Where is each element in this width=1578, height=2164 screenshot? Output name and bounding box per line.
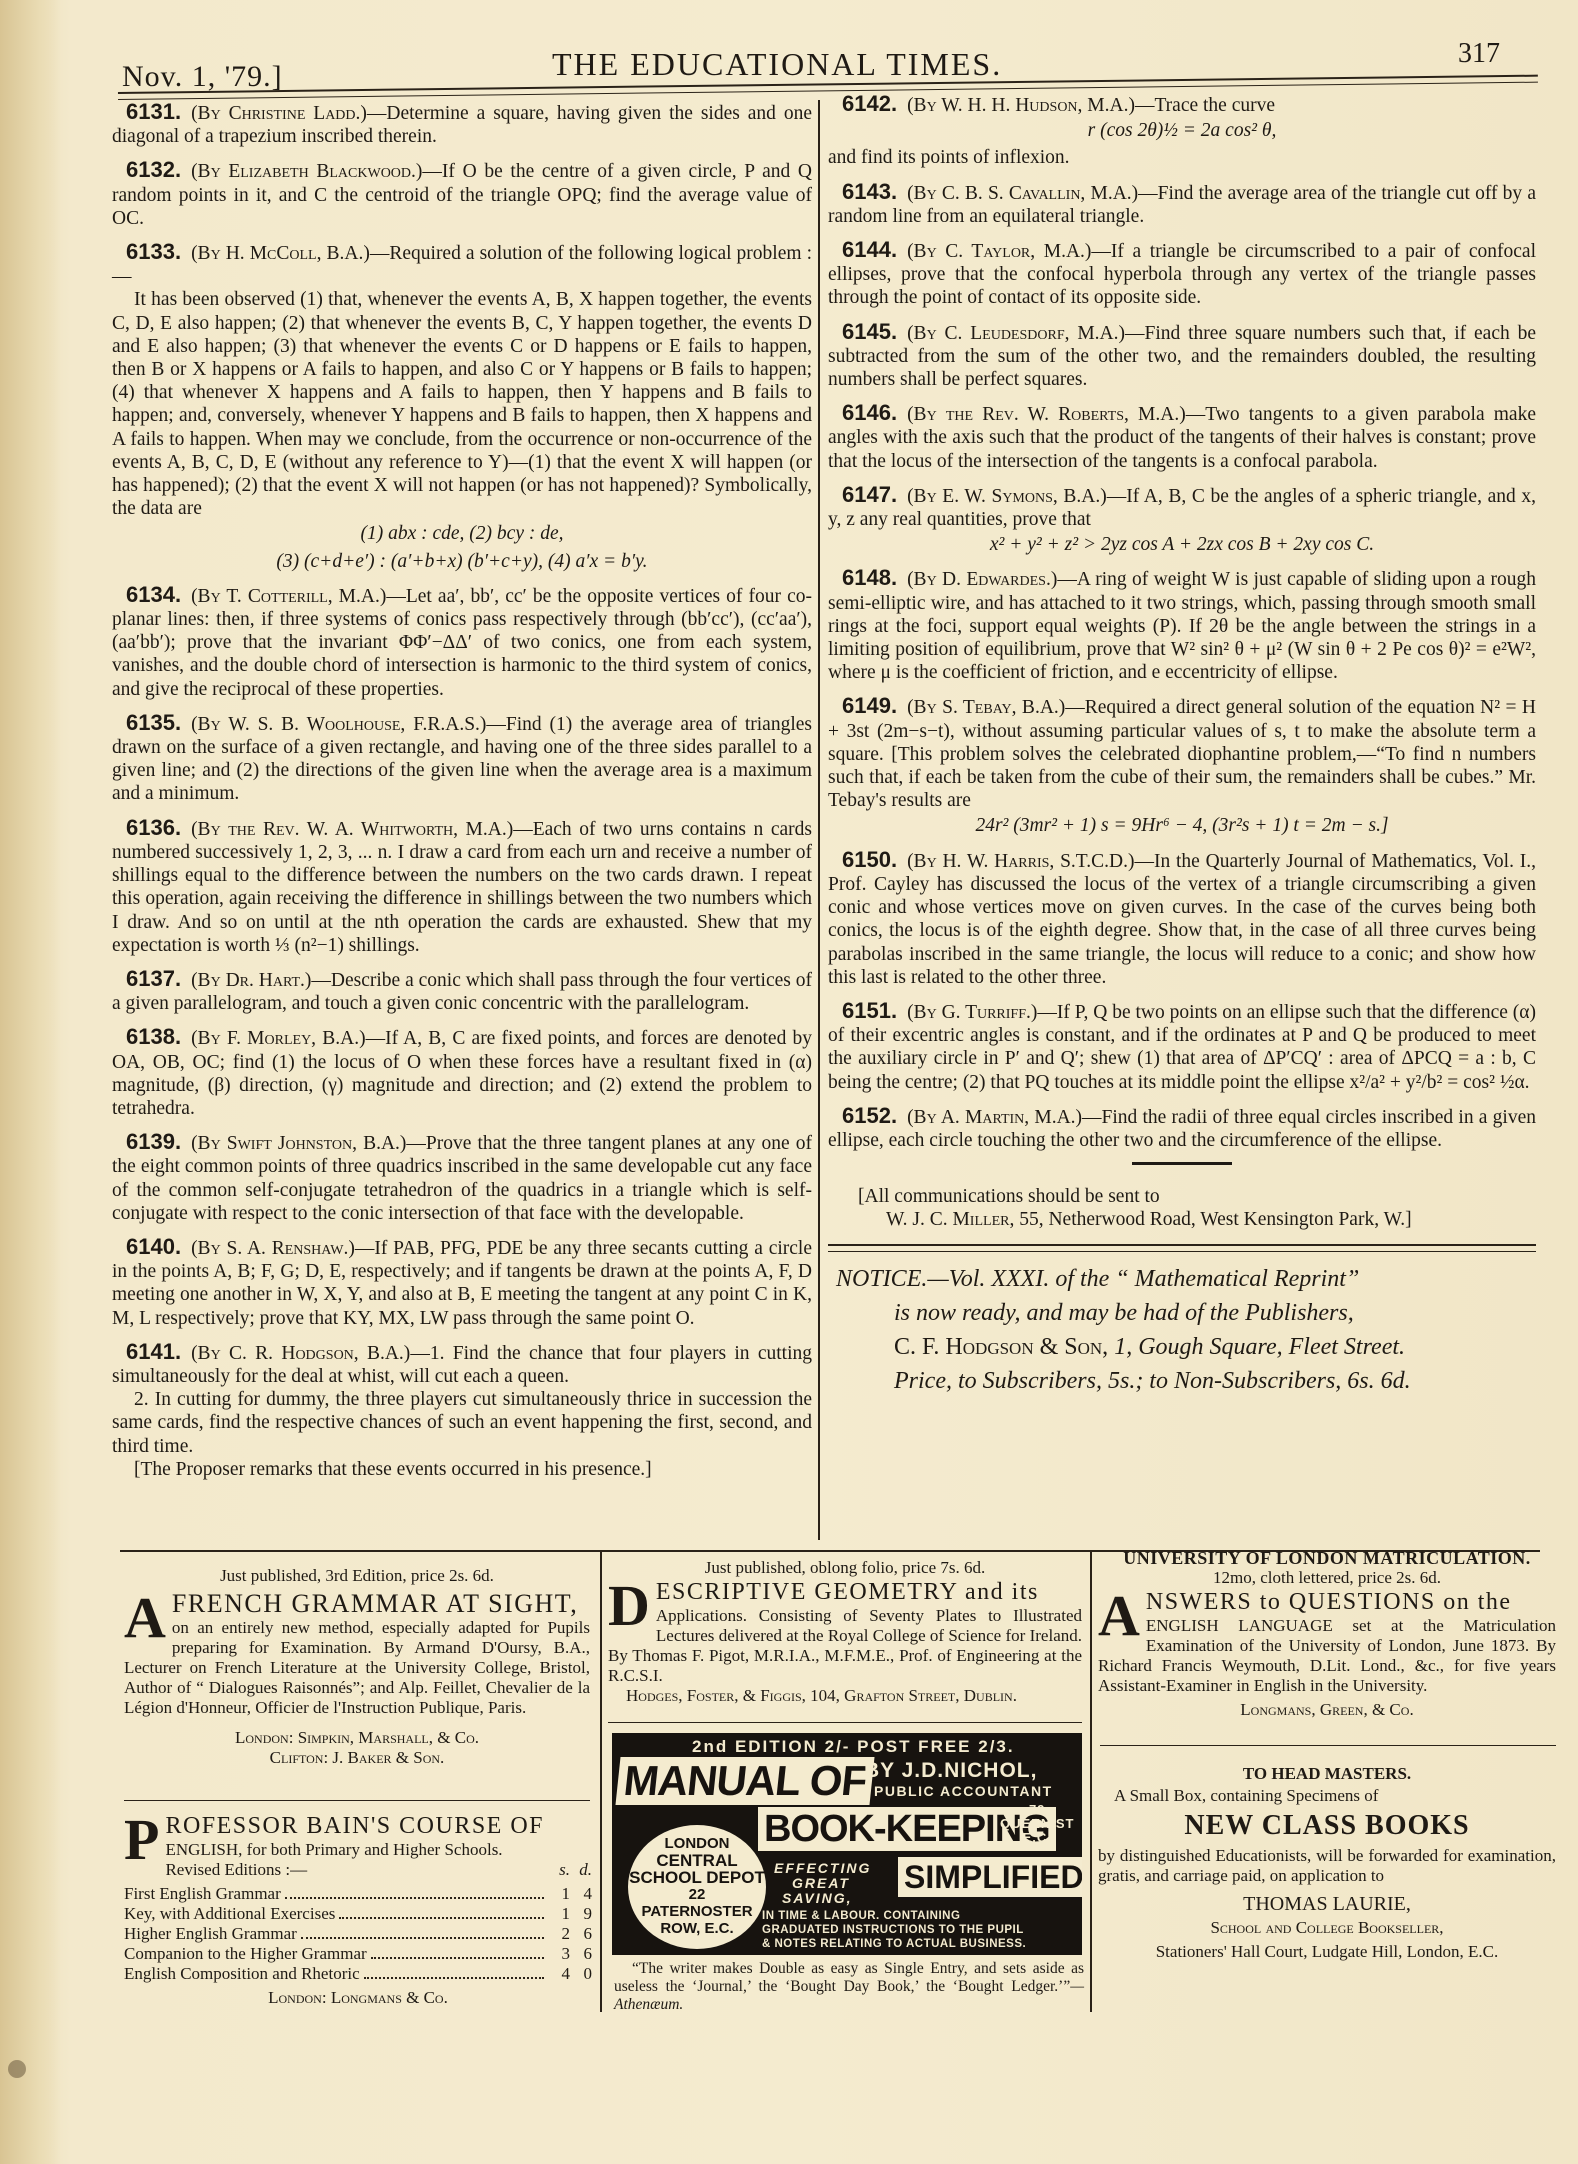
problem-6137: 6137.(By Dr. Hart.)—Describe a conic whi… [112, 967, 812, 1015]
price-row: First English Grammar14 [124, 1884, 592, 1904]
proposer-note: [The Proposer remarks that these events … [112, 1458, 812, 1481]
problem-6136: 6136.(By the Rev. W. A. Whitworth, M.A.)… [112, 816, 812, 957]
page-number: 317 [1458, 38, 1500, 70]
left-column: 6131.(By Christine Ladd.)—Determine a sq… [112, 100, 812, 1491]
ad-separator [608, 1722, 1082, 1723]
formula: 24r² (3mr² + 1) s = 9Hr⁶ − 4, (3r²s + 1)… [828, 814, 1536, 837]
price-row: English Composition and Rhetoric40 [124, 1964, 592, 1984]
problem-6143: 6143.(By C. B. S. Cavallin, M.A.)—Find t… [828, 180, 1536, 228]
ad-title: NSWERS to QUESTIONS on the [1098, 1588, 1556, 1616]
ad-title: NEW CLASS BOOKS [1098, 1806, 1556, 1846]
issue-date: Nov. 1, '79.] [122, 60, 283, 94]
notice-rule [828, 1244, 1536, 1252]
page-damage-mark [8, 2060, 26, 2078]
ad-separator [124, 1800, 590, 1801]
ad-descriptive-geometry: Just published, oblong folio, price 7s. … [608, 1558, 1082, 1706]
ad-separator [1100, 1745, 1556, 1746]
problem-6135: 6135.(By W. S. B. Woolhouse, F.R.A.S.)—F… [112, 711, 812, 806]
review-quote: “The writer makes Double as easy as Sing… [614, 1960, 1084, 2014]
newspaper-page: Nov. 1, '79.] THE EDUCATIONAL TIMES. 317… [0, 0, 1578, 2164]
ad-london-matriculation: UNIVERSITY OF LONDON MATRICULATION. 12mo… [1098, 1548, 1556, 1720]
publication-title: THE EDUCATIONAL TIMES. [552, 46, 1002, 83]
ad-french-grammar: Just published, 3rd Edition, price 2s. 6… [124, 1566, 590, 1768]
problem-6146: 6146.(By the Rev. W. Roberts, M.A.)—Two … [828, 401, 1536, 473]
problem-6142: 6142.(By W. H. H. Hudson, M.A.)—Trace th… [828, 92, 1536, 170]
problem-6141: 6141.(By C. R. Hodgson, B.A.)—1. Find th… [112, 1340, 812, 1481]
address-block: 79 QUEEN ST E.C. [1000, 1803, 1074, 1845]
column-divider [818, 100, 820, 1540]
drop-cap: P [124, 1816, 159, 1864]
problem-6139: 6139.(By Swift Johnston, B.A.)—Prove tha… [112, 1130, 812, 1225]
ad-title: ESCRIPTIVE GEOMETRY and its [608, 1578, 1082, 1606]
problem-6134: 6134.(By T. Cotterill, M.A.)—Let aa′, bb… [112, 583, 812, 701]
formula: r (cos 2θ)½ = 2a cos² θ, [828, 119, 1536, 142]
drop-cap: A [124, 1594, 166, 1642]
price-row: Key, with Additional Exercises19 [124, 1904, 592, 1924]
ad-title: FRENCH GRAMMAR AT SIGHT, [124, 1590, 590, 1618]
problem-6144: 6144.(By C. Taylor, M.A.)—If a triangle … [828, 238, 1536, 310]
formula: (1) abx : cde, (2) bcy : de, [112, 522, 812, 545]
price-row: Companion to the Higher Grammar36 [124, 1944, 592, 1964]
problem-6132: 6132.(By Elizabeth Blackwood.)—If O be t… [112, 158, 812, 230]
depot-seal: LONDON CENTRAL SCHOOL DEPOT 22 PATERNOST… [628, 1825, 766, 1949]
problem-6138: 6138.(By F. Morley, B.A.)—If A, B, C are… [112, 1025, 812, 1120]
right-column: 6142.(By W. H. H. Hudson, M.A.)—Trace th… [828, 92, 1536, 1398]
problem-6133: 6133.(By H. McColl, B.A.)—Required a sol… [112, 240, 812, 573]
problem-6152: 6152.(By A. Martin, M.A.)—Find the radii… [828, 1104, 1536, 1152]
ad-divider [1090, 1552, 1092, 2012]
price-row: Higher English Grammar26 [124, 1924, 592, 1944]
ad-divider [600, 1552, 602, 2012]
problem-6151: 6151.(By G. Turriff.)—If P, Q be two poi… [828, 999, 1536, 1094]
section-rule [1132, 1162, 1232, 1165]
problem-6149: 6149.(By S. Tebay, B.A.)—Required a dire… [828, 694, 1536, 837]
ad-bain-english: P ROFESSOR BAIN'S COURSE OF ENGLISH, for… [124, 1812, 592, 2008]
formula: (3) (c+d+e′) : (a′+b+x) (b′+c+y), (4) a′… [112, 550, 812, 573]
problem-6147: 6147.(By E. W. Symons, B.A.)—If A, B, C … [828, 483, 1536, 557]
page-binding-edge [0, 0, 60, 2164]
problem-6145: 6145.(By C. Leudesdorf, M.A.)—Find three… [828, 320, 1536, 392]
formula: x² + y² + z² > 2yz cos A + 2zx cos B + 2… [828, 533, 1536, 556]
ad-head-masters: TO HEAD MASTERS. A Small Box, containing… [1098, 1764, 1556, 1962]
drop-cap: A [1098, 1592, 1140, 1640]
problem-6150: 6150.(By H. W. Harris, S.T.C.D.)—In the … [828, 848, 1536, 989]
problem-6131: 6131.(By Christine Ladd.)—Determine a sq… [112, 100, 812, 148]
problem-6148: 6148.(By D. Edwardes.)—A ring of weight … [828, 566, 1536, 684]
drop-cap: D [608, 1582, 650, 1630]
ad-bookkeeping-banner: 2nd EDITION 2/- POST FREE 2/3. MANUAL OF… [612, 1733, 1082, 1955]
communications-note: [All communications should be sent to W.… [828, 1185, 1536, 1231]
ad-title: ROFESSOR BAIN'S COURSE OF [124, 1812, 592, 1840]
problem-6140: 6140.(By S. A. Renshaw.)—If PAB, PFG, PD… [112, 1235, 812, 1330]
notice-block: NOTICE.—Vol. XXXI. of the “ Mathematical… [828, 1262, 1536, 1398]
